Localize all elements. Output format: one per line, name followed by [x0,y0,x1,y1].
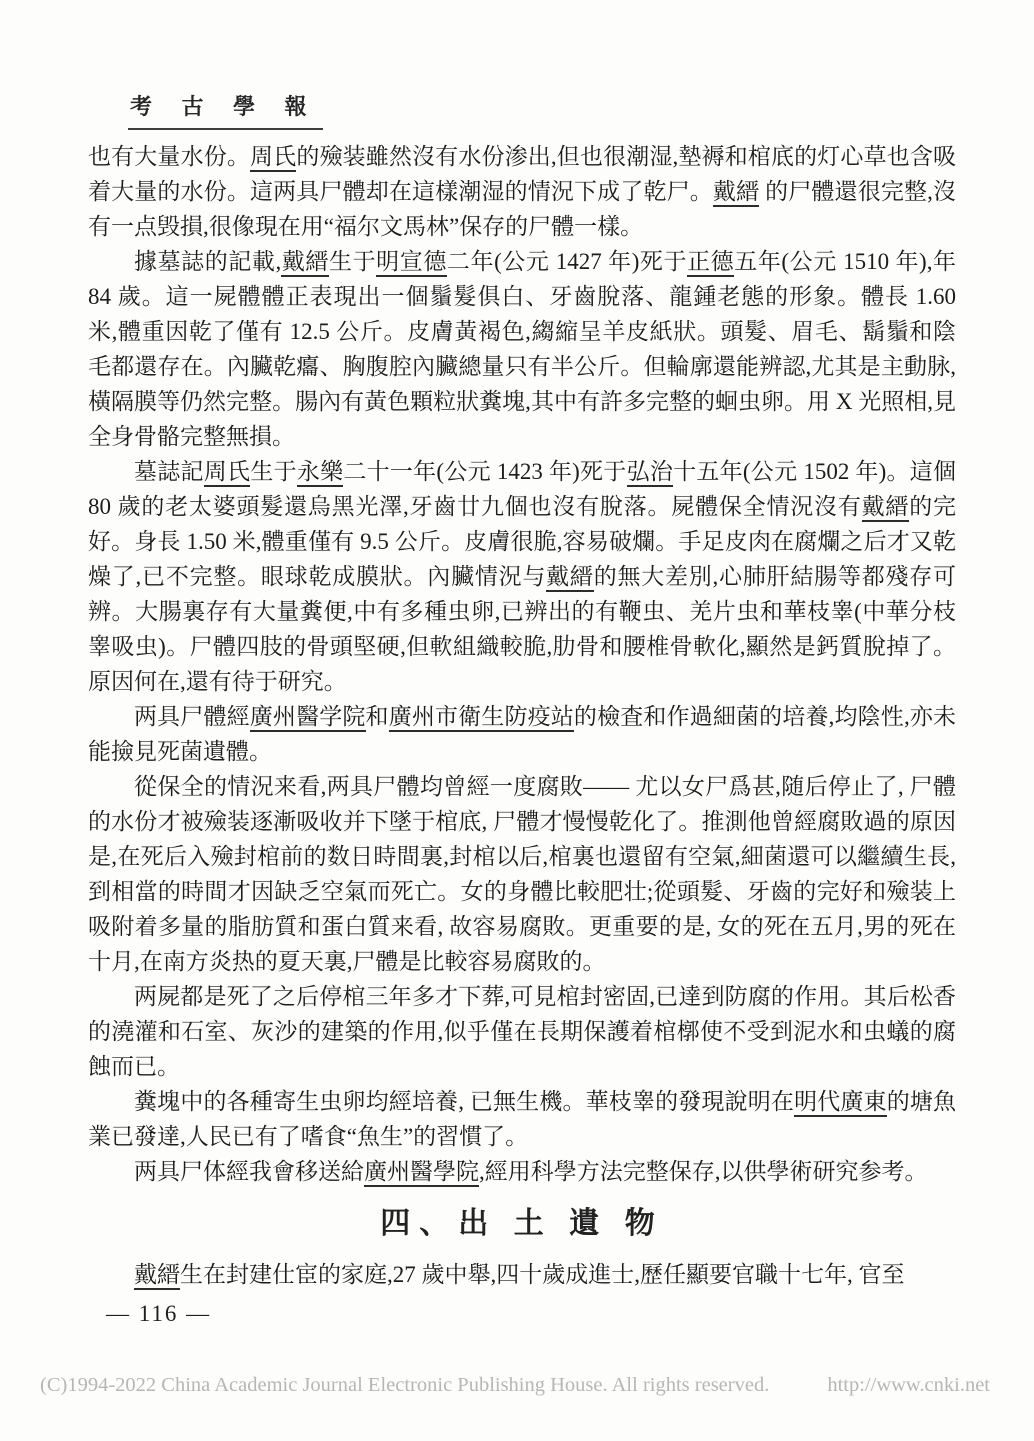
text-run: 二十一年(公元 1423 年)死于 [343,459,626,484]
paragraph: 也有大量水份。周氏的殮装雖然沒有水份渗出,但也很潮湿,墊褥和棺底的灯心草也含吸着… [88,139,956,244]
proper-noun-mark: 廣州醫學院 [364,1159,479,1187]
text-run: 糞塊中的各種寄生虫卵均經培養, 已無生機。華枝睾的發現說明在 [134,1089,794,1114]
text-run: 從保全的情況来看,两具尸體均曾經一度腐敗—— 尤以女尸爲甚,随后停止了, 尸體的… [88,774,956,974]
text-run: 两具尸体經我會移送給 [134,1159,364,1184]
proper-noun-mark: 廣州市衛生防疫站 [389,704,574,732]
paragraph: 墓誌記周氏生于永樂二十一年(公元 1423 年)死于弘治十五年(公元 1502 … [88,454,956,699]
proper-noun-mark: 明代 [794,1089,840,1117]
page-number: — 116 — [106,1301,211,1327]
text-run: 二年(公元 1427 年)死于 [447,249,687,274]
proper-noun-mark: 周氏 [204,459,251,487]
text-run: 生在封建仕宦的家庭,27 歲中舉,四十歲成進士,歷任顯要官職十七年, 官至 [180,1262,905,1287]
paragraph: 两具尸体經我會移送給廣州醫學院,經用科學方法完整保存,以供學術研究参考。 [88,1154,956,1189]
footer: (C)1994-2022 China Academic Journal Elec… [0,1374,1034,1397]
proper-noun-mark: 周氏 [250,144,296,172]
paragraphs-top: 也有大量水份。周氏的殮装雖然沒有水份渗出,但也很潮湿,墊褥和棺底的灯心草也含吸着… [88,139,956,1189]
text-run: 五年(公元 1510 年),年 84 歲。這一屍體體正表現出一個鬚髮俱白、牙齒脫… [88,249,956,449]
proper-noun-mark: 廣東 [840,1089,886,1117]
text-run: 和 [366,704,389,729]
paragraph: 两具尸體經廣州醫学院和廣州市衛生防疫站的檢査和作過細菌的培養,均陰性,亦未能撿見… [88,699,956,769]
text-run: 生于 [329,249,376,274]
text-run: 也有大量水份。 [88,144,250,169]
text-run: 生于 [250,459,297,484]
proper-noun-mark: 永樂 [297,459,344,487]
proper-noun-mark: 戴縉 [281,249,329,277]
proper-noun-mark: 廣州醫学院 [250,704,366,732]
section-heading: 四、出 土 遺 物 [88,1206,956,1241]
text-run: 墓誌記 [134,459,204,484]
journal-title-header: 考 古 學 報 [128,90,323,130]
text-run: 两屍都是死了之后停棺三年多才下葬,可見棺封密固,已達到防腐的作用。其后松香的澆灌… [88,984,956,1079]
proper-noun-mark: 戴縉 [134,1262,180,1290]
proper-noun-mark: 正德 [687,249,734,277]
proper-noun-mark: 戴縉 [546,564,594,592]
text-run: 據墓誌的記載, [134,249,281,274]
proper-noun-mark: 戴縉 [713,179,759,207]
footer-copyright: (C)1994-2022 China Academic Journal Elec… [40,1374,769,1397]
paragraph: 戴縉生在封建仕宦的家庭,27 歲中舉,四十歲成進士,歷任顯要官職十七年, 官至 [88,1257,956,1292]
proper-noun-mark: 戴縉 [862,494,910,522]
paragraph: 两屍都是死了之后停棺三年多才下葬,可見棺封密固,已達到防腐的作用。其后松香的澆灌… [88,979,956,1084]
footer-url: http://www.cnki.net [827,1374,990,1397]
paragraphs-bottom: 戴縉生在封建仕宦的家庭,27 歲中舉,四十歲成進士,歷任顯要官職十七年, 官至 [88,1257,956,1292]
paragraph: 據墓誌的記載,戴縉生于明宣德二年(公元 1427 年)死于正德五年(公元 151… [88,244,956,454]
paragraph: 糞塊中的各種寄生虫卵均經培養, 已無生機。華枝睾的發現說明在明代廣東的塘魚業已發… [88,1084,956,1154]
proper-noun-mark: 弘治 [627,459,674,487]
text-run: 两具尸體經 [134,704,250,729]
body-text: 也有大量水份。周氏的殮装雖然沒有水份渗出,但也很潮湿,墊褥和棺底的灯心草也含吸着… [88,139,956,1292]
paragraph: 從保全的情況来看,两具尸體均曾經一度腐敗—— 尤以女尸爲甚,随后停止了, 尸體的… [88,769,956,979]
text-run: ,經用科學方法完整保存,以供學術研究参考。 [479,1159,928,1184]
proper-noun-mark: 明宣德 [376,249,447,277]
scanned-journal-page: 考 古 學 報 也有大量水份。周氏的殮装雖然沒有水份渗出,但也很潮湿,墊褥和棺底… [0,0,1034,1441]
